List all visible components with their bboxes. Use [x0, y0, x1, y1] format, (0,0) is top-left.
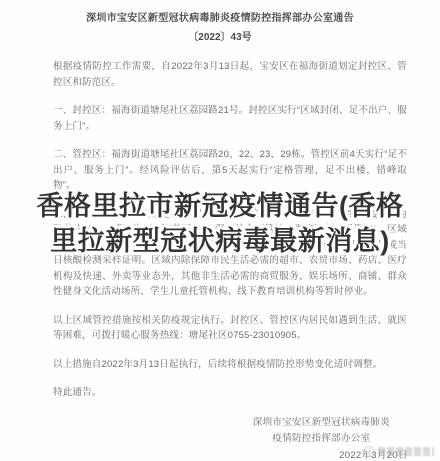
- signature-org-line1: 深圳市宝安区新型冠状病毒肺炎: [253, 415, 390, 432]
- paragraph-control-zone: 二、管控区：福海街道塘尾社区荔园路20、22、23、29栋。管控区前4天实行“足…: [53, 147, 407, 194]
- watermark-blurred-text: [378, 447, 434, 456]
- paragraph-intro: 根据疫情防控工作需要，自2022年3月13日起，宝安区在福海街道划定封控区、管控…: [53, 59, 407, 90]
- headline-line1: 香格里拉市新冠疫情通告(香格: [0, 189, 440, 224]
- paragraph-hotline: 以上区域管控措施按相关防疫规定执行。封控区、管控区内居民如遇到生活、就医等困难，…: [53, 313, 407, 344]
- paragraph-lockdown-zone: 一、封控区：福海街道塘尾社区荔园路21号。封控区实行“区域封闭、足不出户、服务上…: [53, 103, 407, 134]
- paragraph-closing: 特此通告。: [53, 385, 407, 401]
- paragraph-effective-date: 以上措施自2022年3月13日起执行，后续将根据疫情防控形势变化适时调整。: [53, 357, 407, 373]
- site-watermark: [364, 446, 434, 457]
- notice-document: 深圳市宝安区新型冠状病毒肺炎疫情防控指挥部办公室通告 〔2022〕43号 根据疫…: [0, 0, 440, 461]
- watermark-logo-icon: [364, 446, 375, 457]
- document-title: 深圳市宝安区新型冠状病毒肺炎疫情防控指挥部办公室通告: [0, 0, 440, 26]
- document-number: 〔2022〕43号: [0, 31, 440, 45]
- headline-overlay: 香格里拉市新冠疫情通告(香格 里拉新型冠状病毒最新消息): [0, 189, 440, 258]
- headline-line2: 里拉新型冠状病毒最新消息): [0, 224, 440, 259]
